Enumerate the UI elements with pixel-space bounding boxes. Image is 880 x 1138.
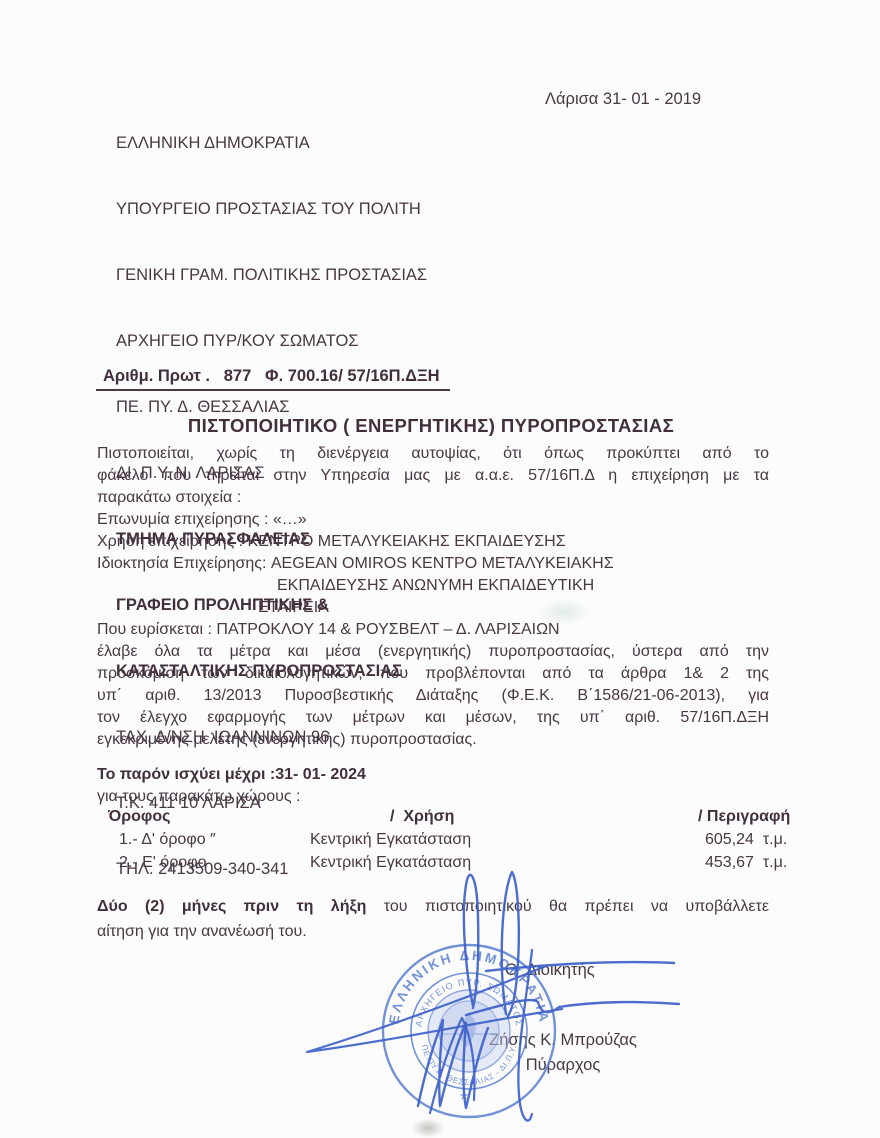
table-header-row: Όροφος / Χρήση / Περιγραφή [97, 808, 769, 831]
stamp-star: * [460, 1089, 468, 1111]
use-cell: Κεντρική Εγκατάσταση [310, 831, 471, 849]
column-header-use: / Χρήση [390, 808, 454, 826]
renewal-line: Δύο (2) μήνες πριν τη λήξη του πιστοποιη… [97, 894, 769, 919]
scan-smudge [536, 598, 592, 626]
column-header-floor: Όροφος [108, 808, 170, 826]
letterhead-line: ΑΡΧΗΓΕΙΟ ΠΥΡ/ΚΟΥ ΣΩΜΑΤΟΣ [116, 330, 427, 352]
measures-line: προσκόμιση των δικαιολογητικών, που προβ… [97, 663, 769, 685]
letterhead-line: ΥΠΟΥΡΓΕΙΟ ΠΡΟΣΤΑΣΙΑΣ ΤΟΥ ΠΟΛΙΤΗ [116, 198, 427, 220]
measures-line: έλαβε όλα τα μέτρα και μέσα (ενεργητικής… [97, 641, 769, 663]
ownership-line: ΕΤΑΙΡΕΙΑ [97, 597, 769, 619]
letterhead-line: ΓΕΝΙΚΗ ΓΡΑΜ. ΠΟΛΙΤΙΚΗΣ ΠΡΟΣΤΑΣΙΑΣ [116, 264, 427, 286]
certificate-document: ΕΛΛΗΝΙΚΗ ΔΗΜΟΚΡΑΤΙΑ ΥΠΟΥΡΓΕΙΟ ΠΡΟΣΤΑΣΙΑΣ… [0, 0, 880, 1138]
floor-cell: 1.- Δ' όροφο ″ [119, 831, 216, 849]
use-cell: Κεντρική Εγκατάσταση [310, 854, 471, 872]
intro-line: φάκελο που τηρείται στην Υπηρεσία μας με… [97, 465, 769, 487]
validity-section: Το παρόν ισχύει μέχρι :31- 01- 2024 για … [97, 764, 769, 808]
business-use-line: Χρήση επιχείρησης : ΚΕΝΤΡΟ ΜΕΤΑΛΥΚΕΙΑΚΗΣ… [97, 531, 769, 553]
letterhead-line: ΕΛΛΗΝΙΚΗ ΔΗΜΟΚΡΑΤΙΑ [116, 132, 427, 154]
renewal-rest-text: του πιστοποιητικού θα πρέπει να υποβάλλε… [366, 898, 769, 915]
floor-cell: 2.- Ε' όροφο [119, 854, 206, 872]
protocol-number-line: Αριθμ. Πρωτ . 877 Φ. 700.16/ 57/16Π.ΔΞΗ [96, 367, 450, 391]
stamp-graphic: ΕΛΛΗΝΙΚΗ ΔΗΜΟΚΡΑΤΙΑ ΑΡΧΗΓΕΙΟ ΠΥΡ. ΣΩΜΑΤΟ… [380, 942, 558, 1120]
renewal-bold-text: Δύο (2) μήνες πριν τη λήξη [97, 898, 366, 915]
renewal-note: Δύο (2) μήνες πριν τη λήξη του πιστοποιη… [97, 894, 769, 944]
measures-line: υπ΄ αριθ. 13/2013 Πυροσβεστικής Διάταξης… [97, 685, 769, 707]
business-name-line: Επωνυμία επιχείρησης : «…» [97, 509, 769, 531]
intro-line: παρακάτω στοιχεία : [97, 487, 769, 509]
column-header-description: / Περιγραφή [698, 808, 790, 826]
certificate-body: Πιστοποιείται, χωρίς τη διενέργεια αυτοψ… [97, 443, 769, 751]
ownership-line: Ιδιοκτησία Επιχείρησης: AEGEAN OMIROS ΚΕ… [97, 553, 769, 575]
for-spaces-line: για τους παρακάτω χώρους : [97, 786, 769, 808]
scan-smudge [411, 1118, 445, 1138]
ownership-line: ΕΚΠΑΙΔΕΥΣΗΣ ΑΝΩΝΥΜΗ ΕΚΠΑΙΔΕΥΤΙΚΗ [97, 575, 769, 597]
issue-date: Λάρισα 31- 01 - 2019 [545, 90, 701, 109]
spaces-table: Όροφος / Χρήση / Περιγραφή 1.- Δ' όροφο … [97, 808, 769, 877]
renewal-line: αίτηση για την ανανέωσή του. [97, 919, 769, 944]
area-cell: 605,24 τ.μ. [705, 831, 787, 849]
official-round-stamp-icon: ΕΛΛΗΝΙΚΗ ΔΗΜΟΚΡΑΤΙΑ ΑΡΧΗΓΕΙΟ ΠΥΡ. ΣΩΜΑΤΟ… [380, 942, 558, 1120]
measures-line: τον έλεγχο εφαρμογής των μέτρων και μέσω… [97, 707, 769, 729]
table-row: 2.- Ε' όροφο Κεντρική Εγκατάσταση 453,67… [97, 854, 769, 877]
area-cell: 453,67 τ.μ. [705, 854, 787, 872]
valid-until-line: Το παρόν ισχύει μέχρι :31- 01- 2024 [97, 764, 769, 786]
table-row: 1.- Δ' όροφο ″ Κεντρική Εγκατάσταση 605,… [97, 831, 769, 854]
measures-line: εγκεκριμένης μελέτης (ενεργητικής) πυροπ… [97, 729, 769, 751]
certificate-title: ΠΙΣΤΟΠΟΙΗΤΙΚΟ ( ΕΝΕΡΓΗΤΙΚΗΣ) ΠΥΡΟΠΡΟΣΤΑΣ… [97, 415, 765, 437]
location-line: Που ευρίσκεται : ΠΑΤΡΟΚΛΟΥ 14 & ΡΟΥΣΒΕΛΤ… [97, 619, 769, 641]
intro-line: Πιστοποιείται, χωρίς τη διενέργεια αυτοψ… [97, 443, 769, 465]
